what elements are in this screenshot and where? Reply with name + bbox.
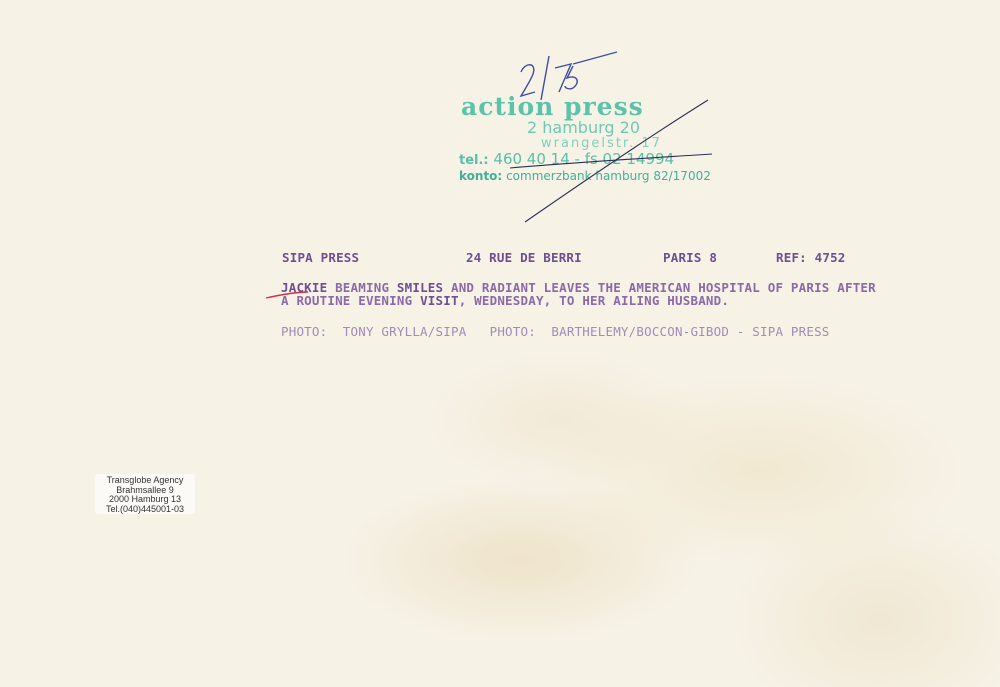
caption-city: PARIS 8 (663, 250, 717, 265)
red-underline-mark (264, 290, 374, 304)
stamp-konto-label: konto: (459, 169, 502, 183)
stamp-brand: action press (461, 92, 644, 121)
transglobe-agency-label: Transglobe Agency Brahmsallee 9 2000 Ham… (95, 474, 195, 514)
stamp-address-line1: 2 hamburg 20 (527, 118, 640, 137)
label-line4: Tel.(040)445001-03 (95, 505, 195, 515)
caption-ref: REF: 4752 (776, 250, 846, 265)
caption-address: 24 RUE DE BERRI (466, 250, 582, 265)
stamp-tel-label: tel.: (459, 153, 489, 168)
stamp-konto: konto: commerzbank hamburg 82/17002 (459, 169, 711, 183)
stamp-tel-value: 460 40 14 - fs 02 14994 (493, 150, 674, 168)
stamp-tel: tel.: 460 40 14 - fs 02 14994 (459, 150, 674, 168)
stamp-konto-value: commerzbank hamburg 82/17002 (506, 169, 711, 183)
caption-line2-part2: , WEDNESDAY, TO HER AILING HUSBAND. (459, 293, 729, 308)
caption-agency: SIPA PRESS (282, 250, 359, 265)
caption-line2-emph: VISIT (420, 293, 459, 308)
caption-credits: PHOTO: TONY GRYLLA/SIPA PHOTO: BARTHELEM… (281, 324, 830, 339)
stamp-address-line2: wrangelstr. 17 (541, 136, 662, 151)
